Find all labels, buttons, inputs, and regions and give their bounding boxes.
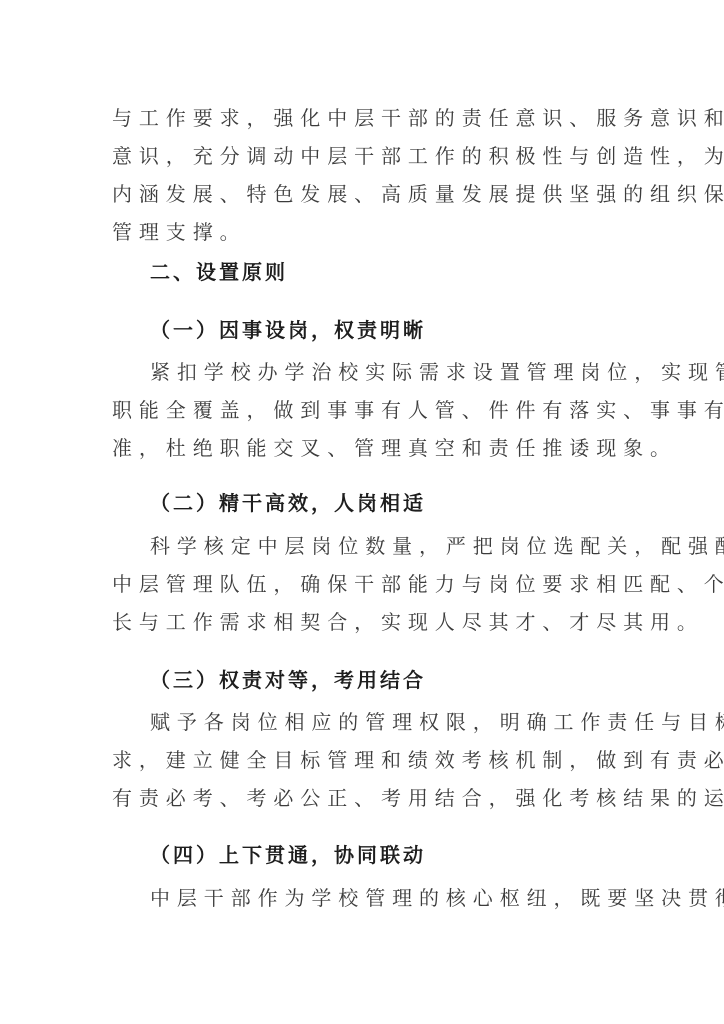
paragraph-line: 管理支撑。 [112, 219, 247, 245]
paragraph-line: 职能全覆盖，做到事事有人管、件件有落实、事事有标 [112, 397, 724, 423]
principle-title: （四）上下贯通，协同联动 [150, 842, 426, 868]
paragraph-line: 有责必考、考必公正、考用结合，强化考核结果的运用。 [112, 785, 724, 811]
paragraph-line: 与工作要求，强化中层干部的责任意识、服务意识和创新 [112, 105, 724, 131]
paragraph-line: 意识，充分调动中层干部工作的积极性与创造性，为学校 [112, 143, 724, 169]
paragraph-line: 准，杜绝职能交叉、管理真空和责任推诿现象。 [112, 435, 677, 461]
paragraph-line: 赋予各岗位相应的管理权限，明确工作责任与目标要 [150, 709, 724, 735]
principle-title: （三）权责对等，考用结合 [150, 667, 426, 693]
paragraph-line: 求，建立健全目标管理和绩效考核机制，做到有责必担、 [112, 747, 724, 773]
principle-title: （二）精干高效，人岗相适 [150, 490, 426, 516]
paragraph-line: 内涵发展、特色发展、高质量发展提供坚强的组织保障和 [112, 181, 724, 207]
paragraph-line: 中层干部作为学校管理的核心枢纽，既要坚决贯彻执 [150, 885, 724, 911]
section-heading: 二、设置原则 [150, 259, 288, 285]
principle-title: （一）因事设岗，权责明晰 [150, 317, 426, 343]
paragraph-line: 长与工作需求相契合，实现人尽其才、才尽其用。 [112, 609, 704, 635]
paragraph-line: 中层管理队伍，确保干部能力与岗位要求相匹配、个人专 [112, 571, 724, 597]
paragraph-line: 紧扣学校办学治校实际需求设置管理岗位，实现管理 [150, 359, 724, 385]
paragraph-line: 科学核定中层岗位数量，严把岗位选配关，配强配优 [150, 533, 724, 559]
document-page: 与工作要求，强化中层干部的责任意识、服务意识和创新 意识，充分调动中层干部工作的… [0, 0, 724, 1024]
